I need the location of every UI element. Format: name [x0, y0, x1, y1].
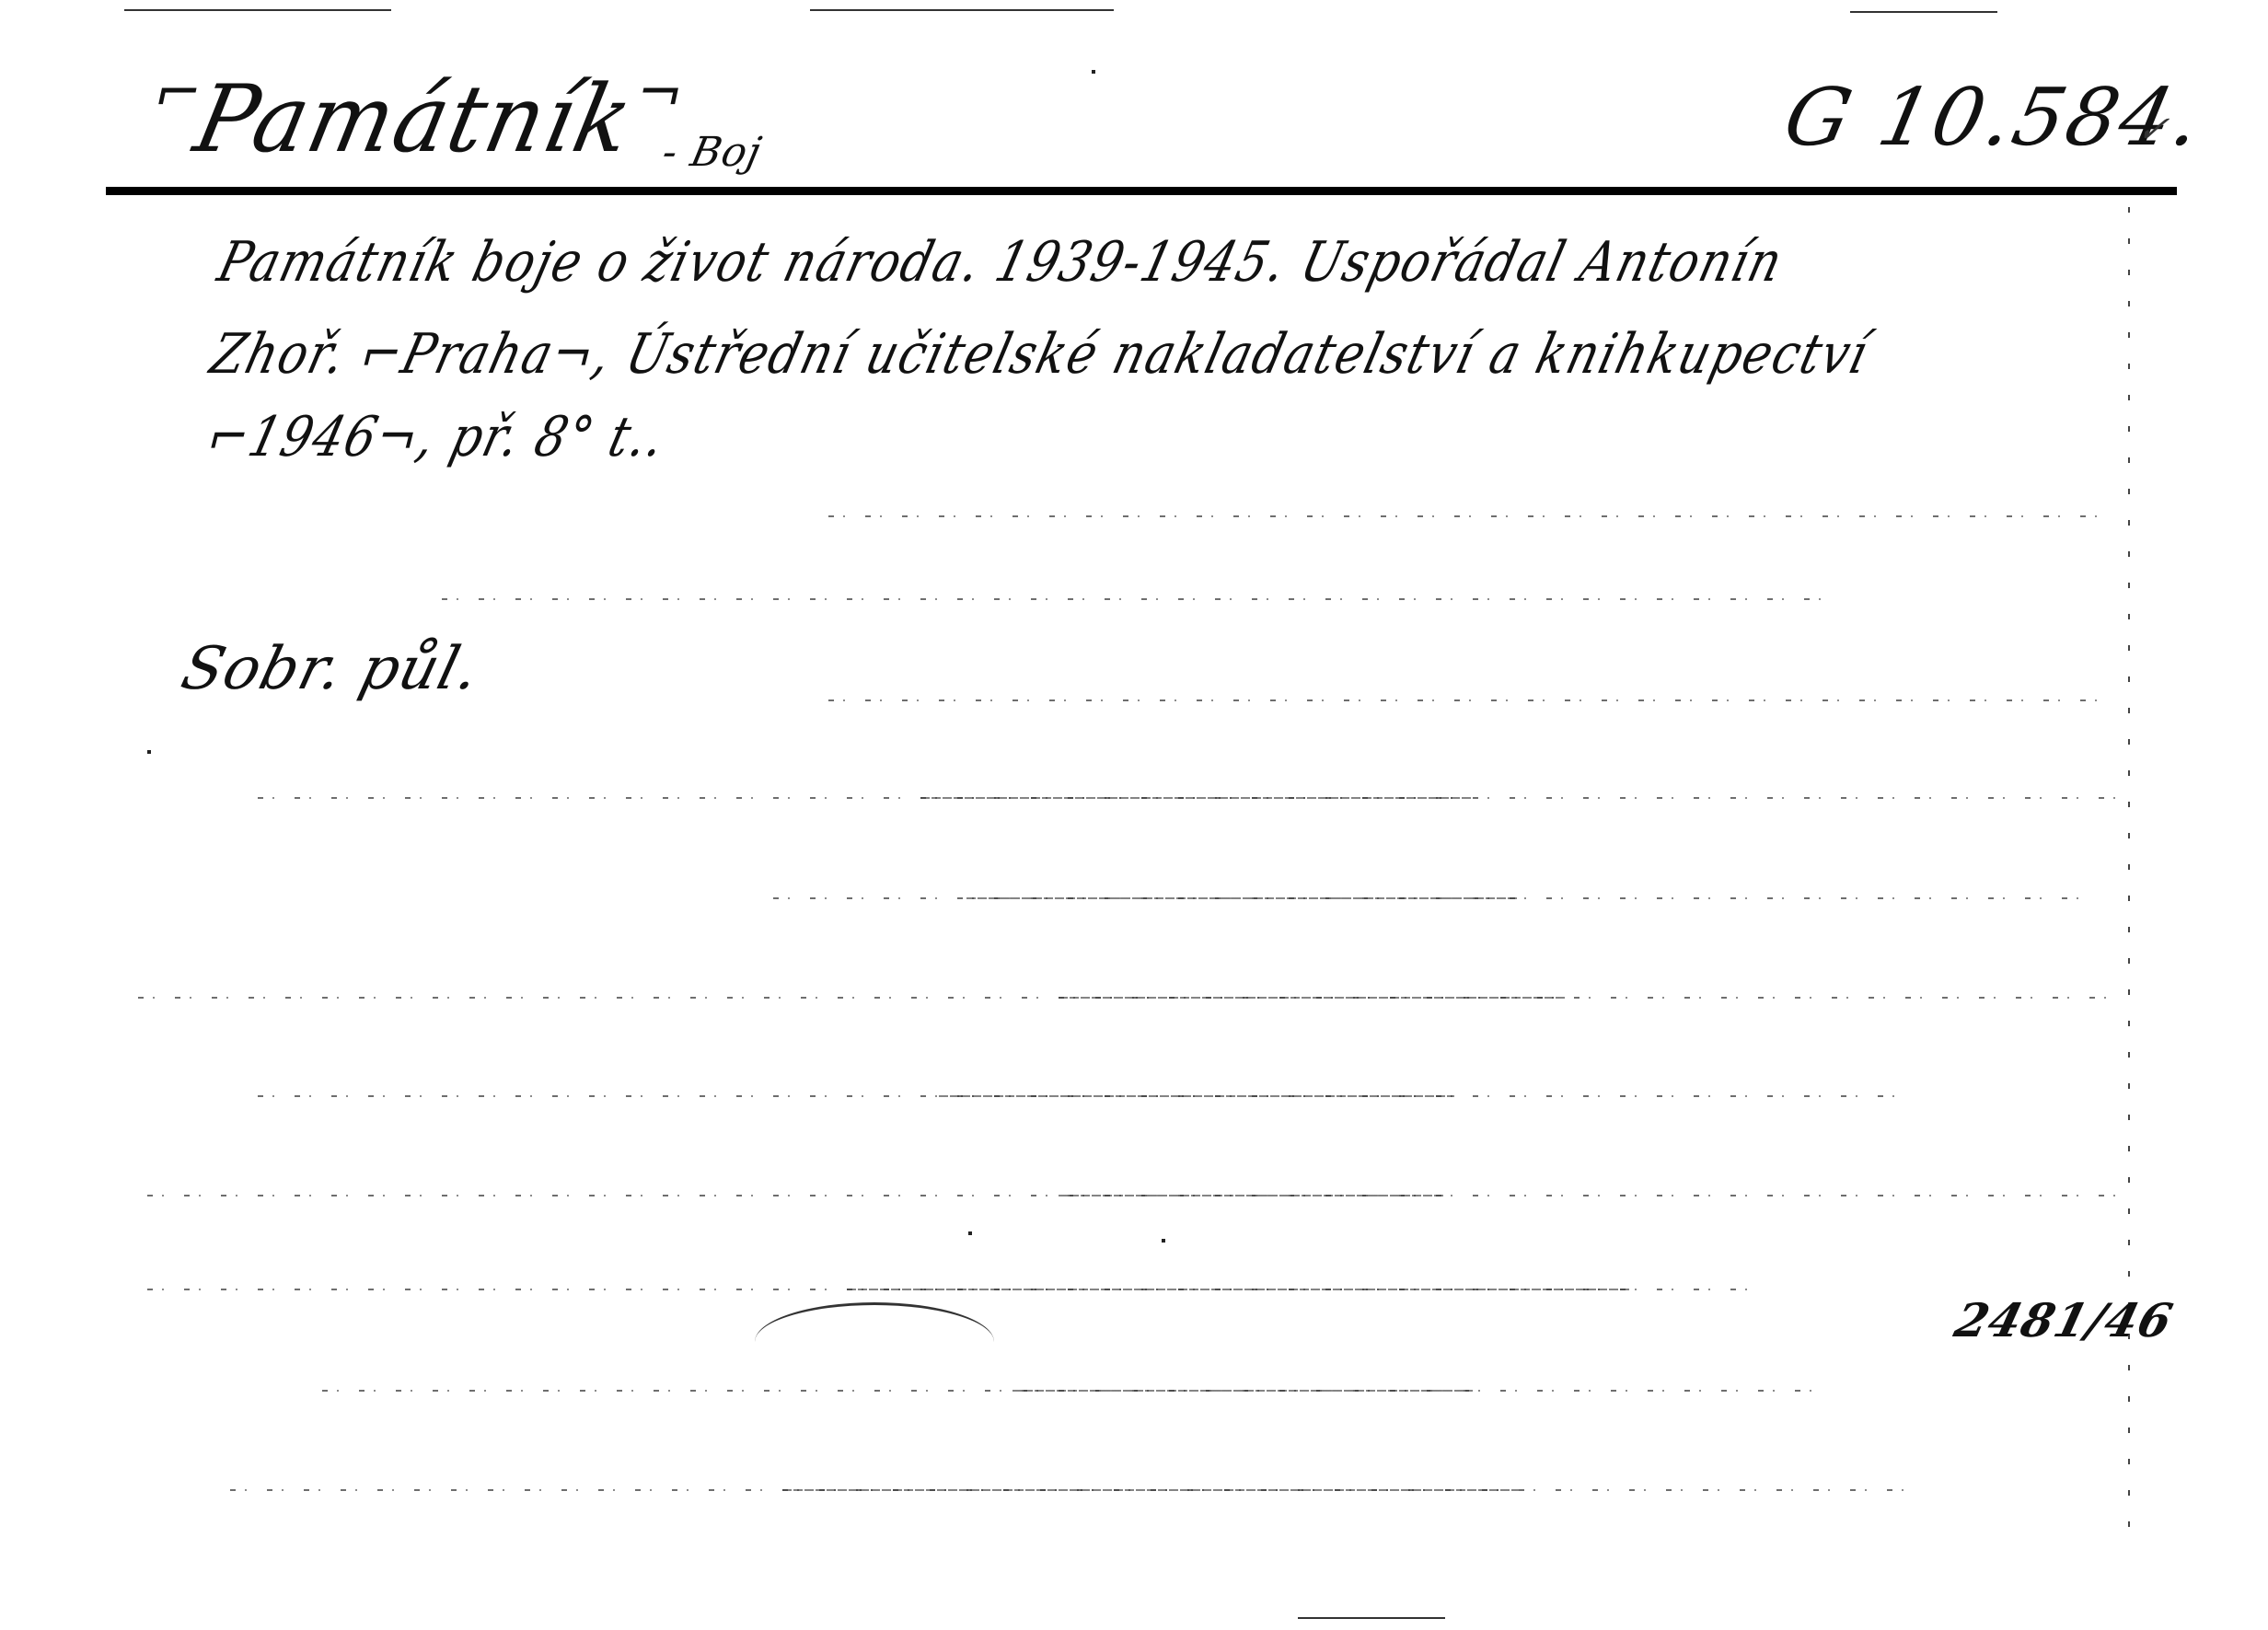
main-entry-heading: ⌐Památník¬	[138, 59, 692, 173]
heading-rule	[106, 187, 2177, 195]
scan-artifact-arc	[755, 1302, 994, 1342]
speck	[147, 750, 151, 754]
speck	[968, 1231, 972, 1235]
ruling-line	[828, 515, 2117, 517]
ruling-line	[920, 797, 1473, 799]
accession-number: 2481/46	[1950, 1293, 2179, 1347]
subentry: - Boj	[658, 129, 766, 176]
speck	[1092, 70, 1095, 74]
ruling-line	[442, 598, 1822, 600]
description-line-1: Památník boje o život národa. 1939-1945.…	[212, 230, 1789, 295]
ruling-line	[828, 699, 2117, 701]
ruling-line	[782, 1489, 1519, 1491]
binding-note: Sobr. půl.	[175, 635, 487, 703]
ruling-line	[847, 1289, 1629, 1290]
scan-mark	[124, 9, 391, 11]
main-entry-text: Památník	[186, 64, 642, 173]
ruling-line	[939, 1095, 1454, 1097]
description-line-3: ⌐1946¬, př. 8° t..	[201, 405, 672, 469]
ruling-line	[1059, 1195, 1445, 1196]
description-line-2: Zhoř. ⌐Praha¬, Ústřední učitelské naklad…	[204, 322, 1875, 387]
ruling-line	[966, 897, 1519, 899]
catalog-card: ⌐Památník¬ - Boj G 10.584. ✓ Památník bo…	[0, 0, 2268, 1630]
scan-mark	[810, 9, 1114, 11]
speck	[1162, 1239, 1165, 1243]
ruling-line	[1059, 997, 1565, 999]
card-edge	[2128, 207, 2130, 1551]
scan-mark	[1298, 1617, 1445, 1619]
scan-mark	[1850, 11, 1997, 13]
ruling-line	[1012, 1390, 1473, 1392]
